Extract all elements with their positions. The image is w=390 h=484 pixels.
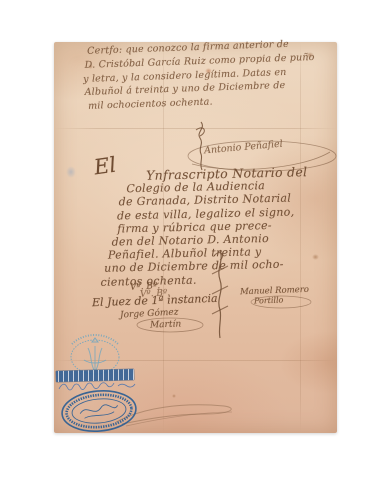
certification-block: Certfo: que conozco la firma anterior de… <box>82 37 316 114</box>
foxing-spot <box>172 394 176 398</box>
notarial-oval-seal-icon <box>56 385 142 438</box>
ink-smudge-blue <box>66 166 76 178</box>
scanned-document-canvas: Certfo: que conozco la firma anterior de… <box>0 0 390 484</box>
fold-crease-horizontal <box>54 128 337 129</box>
blue-ink-annotation <box>57 380 141 394</box>
notary-rubric: Portillo <box>254 295 284 305</box>
banner-stamp-icon <box>56 369 134 382</box>
foxing-spot <box>312 254 319 260</box>
manuscript-paper: Certfo: que conozco la firma anterior de… <box>54 42 337 433</box>
judge-rubric: Martín <box>150 319 182 330</box>
fold-crease-horizontal <box>54 360 337 361</box>
legalization-block: Ynfrascripto Notario del Colegio de la A… <box>92 165 310 289</box>
certifier-signature: Antonio Peñafiel <box>204 139 283 157</box>
judge-signature: Jorge Gómez <box>120 307 179 320</box>
judge-title: El Juez de 1ª instancia <box>92 292 218 309</box>
pencil-scribble <box>112 396 244 430</box>
